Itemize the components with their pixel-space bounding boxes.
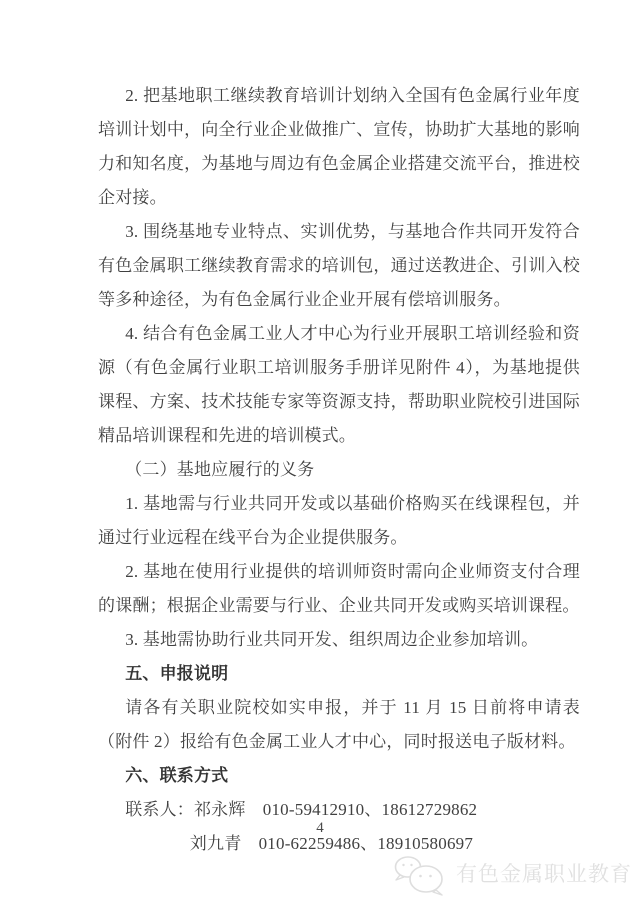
wechat-icon [392, 854, 450, 896]
paragraph: 请各有关职业院校如实申报，并于 11 月 15 日前将申请表（附件 2）报给有色… [98, 691, 580, 759]
paragraph: 2. 基地在使用行业提供的培训师资时需向企业师资支付合理的课酬；根据企业需要与行… [98, 555, 580, 623]
watermark: 有色金属职业教育 [392, 854, 632, 896]
document-page: 2. 把基地职工继续教育培训计划纳入全国有色金属行业年度培训计划中，向全行业企业… [0, 0, 640, 905]
paragraph: 3. 基地需协助行业共同开发、组织周边企业参加培训。 [98, 623, 580, 657]
sub-section-heading: （二）基地应履行的义务 [98, 453, 580, 487]
page-number: 4 [0, 818, 640, 838]
paragraph: 3. 围绕基地专业特点、实训优势，与基地合作共同开发符合有色金属职工继续教育需求… [98, 215, 580, 317]
document-body: 2. 把基地职工继续教育培训计划纳入全国有色金属行业年度培训计划中，向全行业企业… [98, 79, 580, 861]
section-heading: 五、申报说明 [98, 657, 580, 691]
paragraph: 1. 基地需与行业共同开发或以基础价格购买在线课程包，并通过行业远程在线平台为企… [98, 487, 580, 555]
paragraph: 4. 结合有色金属工业人才中心为行业开展职工培训经验和资源（有色金属行业职工培训… [98, 317, 580, 453]
watermark-text: 有色金属职业教育 [456, 855, 632, 895]
paragraph: 2. 把基地职工继续教育培训计划纳入全国有色金属行业年度培训计划中，向全行业企业… [98, 79, 580, 215]
section-heading: 六、联系方式 [98, 759, 580, 793]
